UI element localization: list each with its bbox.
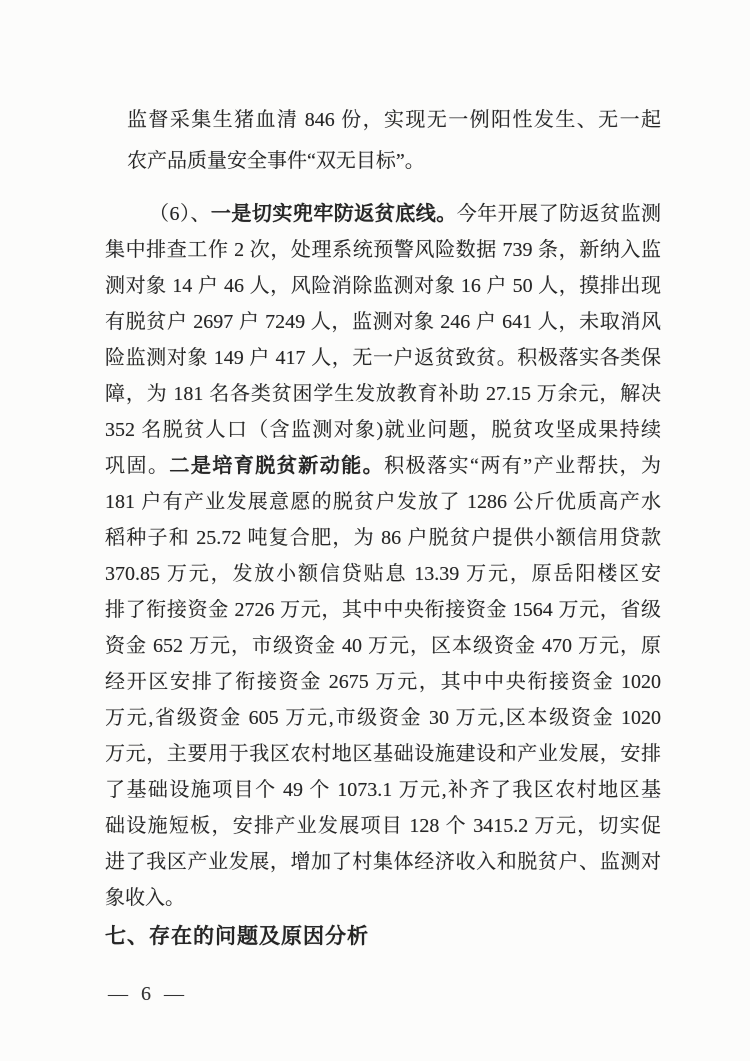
bold-text-segment: 二是培育脱贫新动能。 <box>169 455 384 477</box>
paragraph-main: （6）、一是切实兜牢防返贫底线。今年开展了防返贫监测集中排查工作 2 次，处理系… <box>105 196 661 916</box>
text-line: 了基础设施项目个 49 个 1073.1 万元,补齐了我区农村地区基 <box>105 772 661 808</box>
text-segment: 农产品质量安全事件“双无目标”。 <box>127 150 425 172</box>
text-segment: 370.85 万元，发放小额信贷贴息 13.39 万元，原岳阳楼区安 <box>105 563 661 585</box>
text-line: 础设施短板，安排产业发展项目 128 个 3415.2 万元，切实促 <box>105 808 661 844</box>
text-segment: 障，为 181 名各类贫困学生发放教育补助 27.15 万余元，解决 <box>105 383 661 405</box>
text-segment: 352 名脱贫人口（含监测对象)就业问题，脱贫攻坚成果持续 <box>105 419 661 441</box>
text-segment: 经开区安排了衔接资金 2675 万元，其中中央衔接资金 1020 <box>105 671 661 693</box>
document-content: 监督采集生猪血清 846 份，实现无一例阳性发生、无一起农产品质量安全事件“双无… <box>105 100 661 954</box>
text-line: 370.85 万元，发放小额信贷贴息 13.39 万元，原岳阳楼区安 <box>105 556 661 592</box>
text-segment: 础设施短板，安排产业发展项目 128 个 3415.2 万元，切实促 <box>105 815 661 837</box>
text-line: 象收入。 <box>105 880 661 916</box>
text-line: 稻种子和 25.72 吨复合肥，为 86 户脱贫户提供小额信用贷款 <box>105 520 661 556</box>
text-segment: 有脱贫户 2697 户 7249 人，监测对象 246 户 641 人，未取消风 <box>105 311 661 333</box>
text-line: 排了衔接资金 2726 万元，其中中央衔接资金 1564 万元，省级 <box>105 592 661 628</box>
text-segment: 险监测对象 149 户 417 人，无一户返贫致贫。积极落实各类保 <box>105 347 661 369</box>
text-line: 险监测对象 149 户 417 人，无一户返贫致贫。积极落实各类保 <box>105 340 661 376</box>
text-line: 有脱贫户 2697 户 7249 人，监测对象 246 户 641 人，未取消风 <box>105 304 661 340</box>
page-number-footer: — 6 — <box>108 983 188 1006</box>
text-line: 万元,省级资金 605 万元,市级资金 30 万元,区本级资金 1020 <box>105 700 661 736</box>
text-line: 集中排查工作 2 次，处理系统预警风险数据 739 条，新纳入监 <box>105 232 661 268</box>
text-line: 测对象 14 户 46 人，风险消除监测对象 16 户 50 人，摸排出现 <box>105 268 661 304</box>
text-segment: 积极落实“两有”产业帮扶，为 <box>384 455 661 477</box>
text-line: 监督采集生猪血清 846 份，实现无一例阳性发生、无一起 <box>127 100 661 141</box>
text-segment: 万元,省级资金 605 万元,市级资金 30 万元,区本级资金 1020 <box>105 707 661 729</box>
text-line: 障，为 181 名各类贫困学生发放教育补助 27.15 万余元，解决 <box>105 376 661 412</box>
text-line: 经开区安排了衔接资金 2675 万元，其中中央衔接资金 1020 <box>105 664 661 700</box>
text-line: 352 名脱贫人口（含监测对象)就业问题，脱贫攻坚成果持续 <box>105 412 661 448</box>
text-segment: 181 户有产业发展意愿的脱贫户发放了 1286 公斤优质高产水 <box>105 491 661 513</box>
text-segment: 今年开展了防返贫监测 <box>457 203 661 225</box>
text-segment: 监督采集生猪血清 846 份，实现无一例阳性发生、无一起 <box>127 109 661 131</box>
text-segment: （6）、 <box>149 203 211 225</box>
text-segment: 巩固。 <box>105 455 169 477</box>
document-page: 监督采集生猪血清 846 份，实现无一例阳性发生、无一起农产品质量安全事件“双无… <box>0 0 750 1061</box>
text-segment: 排了衔接资金 2726 万元，其中中央衔接资金 1564 万元，省级 <box>105 599 661 621</box>
text-segment: 稻种子和 25.72 吨复合肥，为 86 户脱贫户提供小额信用贷款 <box>105 527 661 549</box>
text-segment: 资金 652 万元，市级资金 40 万元，区本级资金 470 万元，原 <box>105 635 661 657</box>
text-line: 巩固。二是培育脱贫新动能。积极落实“两有”产业帮扶，为 <box>105 448 661 484</box>
text-line: 进了我区产业发展，增加了村集体经济收入和脱贫户、监测对 <box>105 844 661 880</box>
paragraph-continuation: 监督采集生猪血清 846 份，实现无一例阳性发生、无一起农产品质量安全事件“双无… <box>127 100 661 182</box>
section-heading: 七、存在的问题及原因分析 <box>105 918 661 954</box>
text-line: 资金 652 万元，市级资金 40 万元，区本级资金 470 万元，原 <box>105 628 661 664</box>
text-segment: 万元，主要用于我区农村地区基础设施建设和产业发展，安排 <box>105 743 661 765</box>
text-line: （6）、一是切实兜牢防返贫底线。今年开展了防返贫监测 <box>105 196 661 232</box>
text-line: 农产品质量安全事件“双无目标”。 <box>127 141 661 182</box>
text-line: 万元，主要用于我区农村地区基础设施建设和产业发展，安排 <box>105 736 661 772</box>
text-segment: 集中排查工作 2 次，处理系统预警风险数据 739 条，新纳入监 <box>105 239 661 261</box>
text-segment: 进了我区产业发展，增加了村集体经济收入和脱贫户、监测对 <box>105 851 661 873</box>
text-segment: 测对象 14 户 46 人，风险消除监测对象 16 户 50 人，摸排出现 <box>105 275 661 297</box>
text-segment: 了基础设施项目个 49 个 1073.1 万元,补齐了我区农村地区基 <box>105 779 661 801</box>
bold-text-segment: 一是切实兜牢防返贫底线。 <box>211 203 457 225</box>
text-segment: 象收入。 <box>105 887 185 909</box>
text-line: 181 户有产业发展意愿的脱贫户发放了 1286 公斤优质高产水 <box>105 484 661 520</box>
